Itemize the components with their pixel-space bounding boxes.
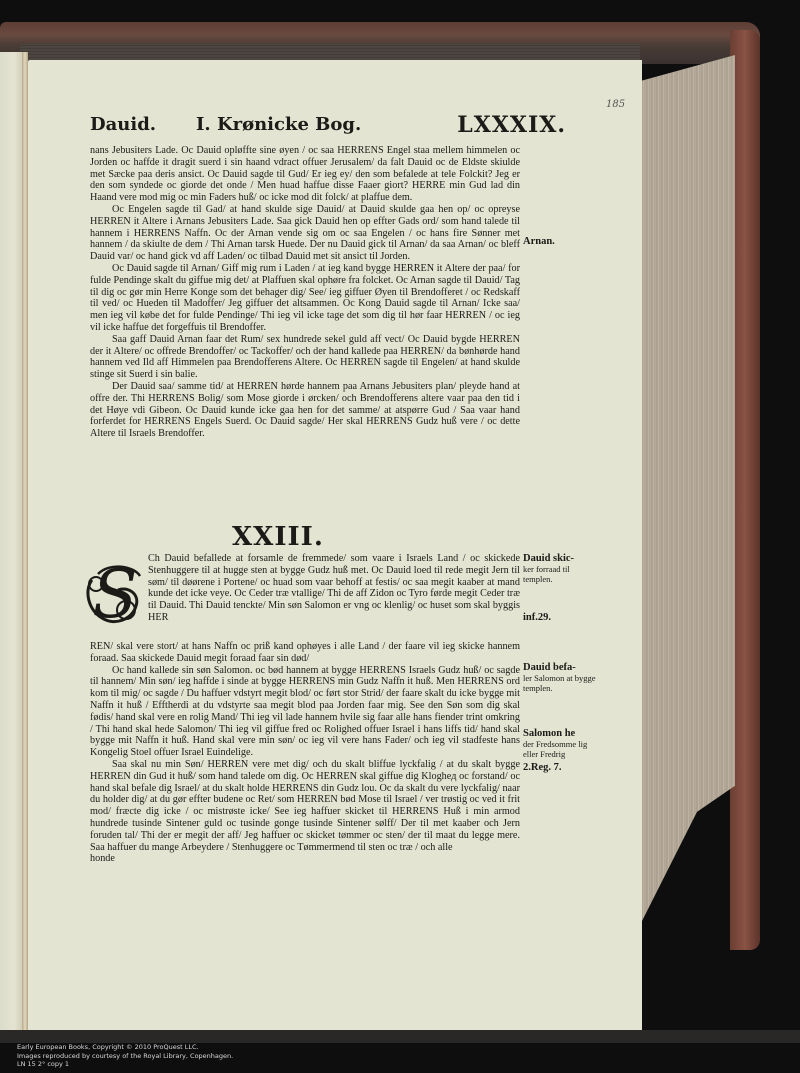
running-head: Dauid. I. Krønicke Bog. LXXXIX. (90, 112, 560, 140)
margin-note-solomon-name: Salomon he der Fredsomme lig eller Fredr… (523, 728, 603, 759)
paragraph: Der Dauid saa/ samme tid/ at HERREN hørd… (90, 381, 520, 440)
text-block-top: nans Jebusiters Lade. Oc Dauid opløffte … (90, 145, 520, 440)
margin-note-2reg: 2.Reg. 7. (523, 762, 562, 773)
running-head-left: Dauid. (90, 114, 156, 135)
paragraph: Oc Dauid sagde til Arnan/ Giff mig rum i… (90, 263, 520, 334)
chapter-opening: Ch Dauid befallede at forsamle de fremme… (148, 553, 520, 624)
paragraph: nans Jebusiters Lade. Oc Dauid opløffte … (90, 145, 520, 204)
margin-note-arnan: Arnan. (523, 236, 555, 247)
page-edges (640, 55, 735, 925)
catchword: honde (90, 853, 520, 865)
margin-note-provisions: Dauid skic- ker forraad til templen. (523, 553, 598, 584)
paragraph: Oc Engelen sagde til Gad/ at hand skulde… (90, 204, 520, 263)
running-head-title: I. Krønicke Bog. (196, 114, 361, 135)
chapter-number: XXIII. (232, 522, 324, 552)
viewer-footer (0, 1030, 800, 1043)
credit-line: LN 15 2° copy 1 (17, 1060, 233, 1069)
margin-note-commands-solomon: Dauid befa- ler Salomon at bygge templen… (523, 662, 598, 693)
paragraph: Saa gaff Dauid Arnan faar det Rum/ sex h… (90, 334, 520, 381)
paragraph: REN/ skal vere stort/ at hans Naffn oc p… (90, 641, 520, 665)
folio-number: LXXXIX. (457, 112, 566, 138)
margin-note-crossref: inf.29. (523, 612, 551, 623)
drop-initial: S (84, 562, 146, 628)
paragraph: Ch Dauid befallede at forsamle de fremme… (148, 553, 520, 624)
copyright-credits: Early European Books, Copyright © 2010 P… (17, 1043, 233, 1069)
credit-line: Early European Books, Copyright © 2010 P… (17, 1043, 233, 1052)
credit-line: Images reproduced by courtesy of the Roy… (17, 1052, 233, 1061)
text-block-bottom: REN/ skal vere stort/ at hans Naffn oc p… (90, 641, 520, 865)
facing-page-edge (0, 52, 24, 1037)
handwritten-folio: 185 (606, 99, 625, 110)
paragraph: Saa skal nu min Søn/ HERREN vere met dig… (90, 759, 520, 853)
paragraph: Oc hand kallede sin søn Salomon. oc bød … (90, 665, 520, 759)
